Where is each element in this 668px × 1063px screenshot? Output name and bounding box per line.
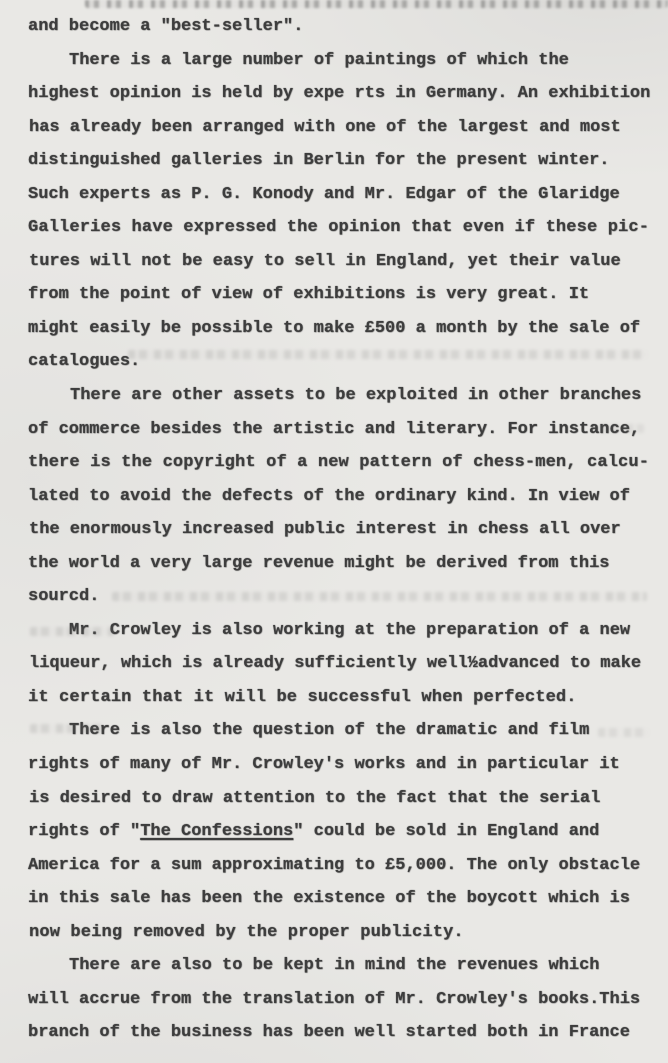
text-line: there is the copyright of a new pattern … <box>28 446 650 480</box>
text-line: There are other assets to be exploited i… <box>29 379 651 413</box>
text-segment: There are other assets to be exploited i… <box>70 386 641 405</box>
text-line: rights of many of Mr. Crowley's works an… <box>28 748 650 782</box>
text-line: Such experts as P. G. Konody and Mr. Edg… <box>28 178 650 212</box>
text-line: will accrue from the translation of Mr. … <box>28 983 650 1017</box>
text-line: There is a large number of paintings of … <box>28 44 650 78</box>
text-line: in this sale has been the existence of t… <box>28 882 650 916</box>
bleed-through-smudge <box>598 728 650 737</box>
text-line: branch of the business has been well sta… <box>28 1016 650 1050</box>
text-line: rights of "The Confessions" could be sol… <box>28 815 650 849</box>
bleed-through-smudge <box>30 627 114 636</box>
text-segment: of commerce besides the artistic and lit… <box>28 420 640 439</box>
text-segment: America for a sum approximating to £5,00… <box>28 856 640 875</box>
text-segment: has already been arranged with one of th… <box>29 118 621 137</box>
text-line: Mr. Crowley is also working at the prepa… <box>28 614 650 648</box>
text-line: There are also to be kept in mind the re… <box>28 949 650 983</box>
text-line: lated to avoid the defects of the ordina… <box>28 480 650 514</box>
text-line: liqueur, which is already sufficiently w… <box>29 647 651 681</box>
text-line: now being removed by the proper publicit… <box>29 916 651 950</box>
text-line: might easily be possible to make £500 a … <box>28 312 650 346</box>
scan-artifact-top-edge <box>85 0 668 8</box>
text-segment: is desired to draw attention to the fact… <box>29 789 600 808</box>
scanned-typewritten-page: and become a "best-seller".There is a la… <box>0 0 668 1063</box>
text-line: is desired to draw attention to the fact… <box>29 782 651 816</box>
text-segment: lated to avoid the defects of the ordina… <box>28 487 630 506</box>
text-segment: rights of many of Mr. Crowley's works an… <box>28 755 620 774</box>
text-segment: the world a very large revenue might be … <box>28 554 610 573</box>
text-segment: liqueur, which is already sufficiently w… <box>29 654 641 673</box>
text-line: distinguished galleries in Berlin for th… <box>28 144 650 178</box>
text-segment: it certain that it will be successful wh… <box>28 688 577 707</box>
text-segment: Mr. Crowley is also working at the prepa… <box>69 621 630 640</box>
text-segment: There is also the question of the dramat… <box>69 721 589 740</box>
text-line: the world a very large revenue might be … <box>28 547 650 581</box>
bleed-through-smudge <box>128 350 648 359</box>
text-line: from the point of view of exhibitions is… <box>28 278 650 312</box>
text-segment: will accrue from the translation of Mr. … <box>28 990 640 1009</box>
bleed-through-smudge <box>112 592 647 601</box>
underlined-book-title: The Confessions <box>140 822 293 841</box>
text-segment: catalogues. <box>28 352 140 371</box>
text-line: America for a sum approximating to £5,00… <box>28 849 650 883</box>
text-segment: sourcd. <box>28 587 99 606</box>
text-segment: There are also to be kept in mind the re… <box>69 956 600 975</box>
text-segment: might easily be possible to make £500 a … <box>28 319 640 338</box>
text-segment: branch of the business has been well sta… <box>28 1023 630 1042</box>
bleed-through-smudge <box>600 424 644 433</box>
bleed-through-smudge <box>30 724 106 733</box>
text-segment: there is the copyright of a new pattern … <box>28 453 649 472</box>
text-segment: from the point of view of exhibitions is… <box>28 285 589 304</box>
text-line: of commerce besides the artistic and lit… <box>28 413 650 447</box>
text-line: it certain that it will be successful wh… <box>28 681 650 715</box>
text-segment: rights of " <box>28 822 140 841</box>
text-segment: There is a large number of paintings of … <box>69 51 569 70</box>
text-segment: and become a "best-seller". <box>28 17 303 36</box>
text-segment: Such experts as P. G. Konody and Mr. Edg… <box>28 185 620 204</box>
text-segment: the enormously increased public interest… <box>29 520 621 539</box>
text-segment: distinguished galleries in Berlin for th… <box>28 151 610 170</box>
text-line: Galleries have expressed the opinion tha… <box>28 211 650 245</box>
text-line: and become a "best-seller". <box>28 10 650 44</box>
text-line: highest opinion is held by expe rts in G… <box>28 77 650 111</box>
text-segment: now being removed by the proper publicit… <box>29 923 464 942</box>
text-segment: highest opinion is held by expe rts in G… <box>28 84 650 103</box>
text-segment: Galleries have expressed the opinion tha… <box>28 218 649 237</box>
text-line: There is also the question of the dramat… <box>28 714 650 748</box>
text-segment: " could be sold in England and <box>293 822 599 841</box>
text-segment: tures will not be easy to sell in Englan… <box>29 252 621 271</box>
text-line: has already been arranged with one of th… <box>29 111 651 145</box>
text-segment: in this sale has been the existence of t… <box>28 889 630 908</box>
text-line: the enormously increased public interest… <box>29 513 651 547</box>
text-line: tures will not be easy to sell in Englan… <box>29 245 651 279</box>
document-body: and become a "best-seller".There is a la… <box>28 10 650 1050</box>
